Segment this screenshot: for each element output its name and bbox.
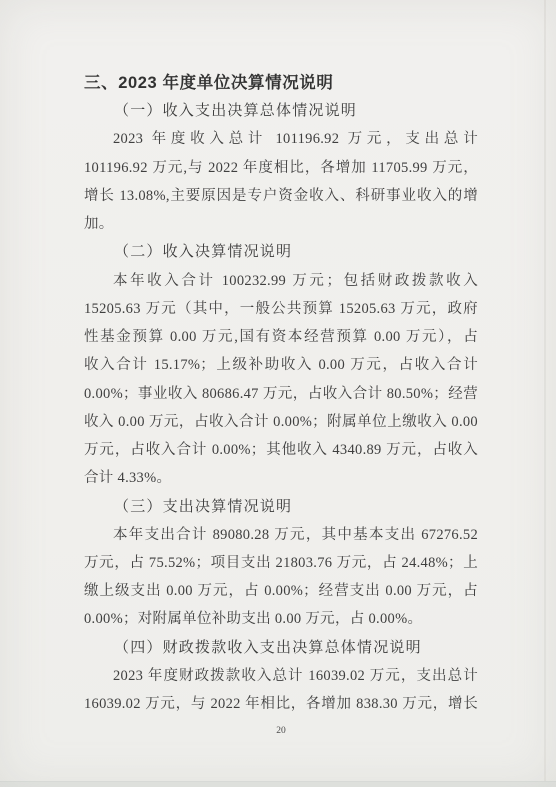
page-number: 20 [84, 726, 478, 736]
text-line: 本年收入合计 100232.99 万元；包括财政拨款收入 [84, 267, 478, 295]
section-4-subtitle: （四）财政拨款收入支出决算总体情况说明 [84, 634, 478, 662]
text-line: 收入合计 15.17%；上级补助收入 0.00 万元，占收入合计 [84, 351, 478, 379]
text-line: 收入 0.00 万元，占收入合计 0.00%；附属单位上缴收入 0.00 [84, 408, 478, 436]
text-line: 万元，占 75.52%；项目支出 21803.76 万元，占 24.48%；上 [84, 549, 478, 577]
text-line: 0.00%；对附属单位补助支出 0.00 万元，占 0.00%。 [84, 605, 478, 633]
text-line: 缴上级支出 0.00 万元，占 0.00%；经营支出 0.00 万元，占 [84, 577, 478, 605]
section-2-subtitle: （二）收入决算情况说明 [84, 238, 478, 266]
section-3-subtitle: （三）支出决算情况说明 [84, 493, 478, 521]
section-1-subtitle: （一）收入支出决算总体情况说明 [84, 97, 478, 125]
text-line: 0.00%；事业收入 80686.47 万元，占收入合计 80.50%；经营 [84, 380, 478, 408]
text-line: 本年支出合计 89080.28 万元，其中基本支出 67276.52 [84, 521, 478, 549]
text-line: 性基金预算 0.00 万元,国有资本经营预算 0.00 万元），占 [84, 323, 478, 351]
text-line: 加。 [84, 210, 478, 238]
text-line: 16039.02 万元，与 2022 年相比，各增加 838.30 万元，增长 [84, 690, 478, 718]
scan-bottom-edge [0, 781, 556, 787]
text-line: 101196.92 万元,与 2022 年度相比，各增加 11705.99 万元… [84, 154, 478, 182]
page-title: 三、2023 年度单位决算情况说明 [84, 69, 478, 97]
document-body: 三、2023 年度单位决算情况说明 （一）收入支出决算总体情况说明 2023 年… [84, 69, 478, 718]
text-line: 2023 年度收入总计 101196.92 万元，支出总计 [84, 125, 478, 153]
page-edge-shadow [544, 0, 546, 787]
text-line: 万元，占收入合计 0.00%；其他收入 4340.89 万元，占收入 [84, 436, 478, 464]
text-line: 增长 13.08%,主要原因是专户资金收入、科研事业收入的增 [84, 182, 478, 210]
text-line: 2023 年度财政拨款收入总计 16039.02 万元，支出总计 [84, 662, 478, 690]
text-line: 15205.63 万元（其中，一般公共预算 15205.63 万元，政府 [84, 295, 478, 323]
text-line: 合计 4.33%。 [84, 464, 478, 492]
